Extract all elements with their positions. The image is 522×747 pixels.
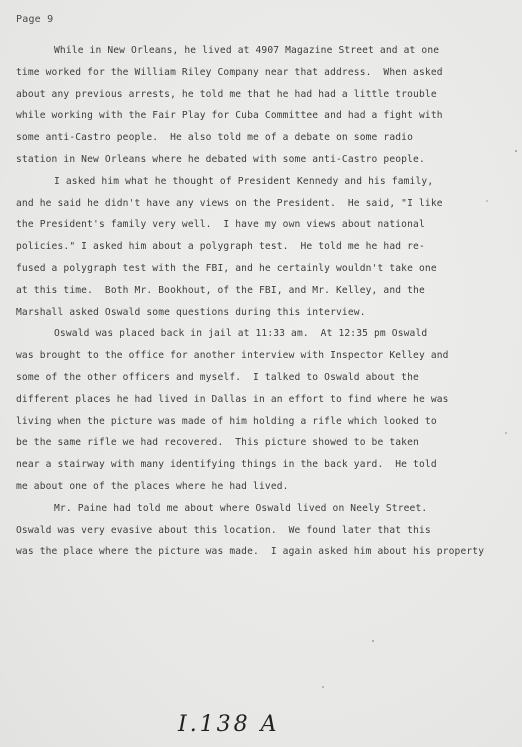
scan-speck xyxy=(372,640,374,642)
scan-speck xyxy=(515,150,517,152)
text-line: While in New Orleans, he lived at 4907 M… xyxy=(16,40,516,62)
paragraph-2: I asked him what he thought of President… xyxy=(16,171,516,324)
paragraph-4: Mr. Paine had told me about where Oswald… xyxy=(16,498,516,563)
text-line: different places he had lived in Dallas … xyxy=(16,389,516,411)
text-line: be the same rifle we had recovered. This… xyxy=(16,432,516,454)
text-line: I asked him what he thought of President… xyxy=(16,171,516,193)
scan-speck xyxy=(486,200,488,202)
text-line: some anti-Castro people. He also told me… xyxy=(16,127,516,149)
text-line: was the place where the picture was made… xyxy=(16,541,516,563)
text-line: Oswald was very evasive about this locat… xyxy=(16,520,516,542)
text-line: station in New Orleans where he debated … xyxy=(16,149,516,171)
text-line: policies." I asked him about a polygraph… xyxy=(16,236,516,258)
text-line: while working with the Fair Play for Cub… xyxy=(16,105,516,127)
text-line: Marshall asked Oswald some questions dur… xyxy=(16,302,516,324)
page-number: Page 9 xyxy=(16,14,53,25)
paragraph-3: Oswald was placed back in jail at 11:33 … xyxy=(16,323,516,497)
text-line: some of the other officers and myself. I… xyxy=(16,367,516,389)
text-line: me about one of the places where he had … xyxy=(16,476,516,498)
text-line: Oswald was placed back in jail at 11:33 … xyxy=(16,323,516,345)
document-page: Page 9 While in New Orleans, he lived at… xyxy=(0,0,522,747)
text-line: fused a polygraph test with the FBI, and… xyxy=(16,258,516,280)
text-line: living when the picture was made of him … xyxy=(16,411,516,433)
text-line: time worked for the William Riley Compan… xyxy=(16,62,516,84)
document-body: While in New Orleans, he lived at 4907 M… xyxy=(16,40,516,563)
text-line: about any previous arrests, he told me t… xyxy=(16,84,516,106)
text-line: Mr. Paine had told me about where Oswald… xyxy=(16,498,516,520)
handwritten-exhibit-number: I.138 A xyxy=(178,712,280,737)
text-line: and he said he didn't have any views on … xyxy=(16,193,516,215)
scan-speck xyxy=(322,686,324,688)
text-line: near a stairway with many identifying th… xyxy=(16,454,516,476)
text-line: the President's family very well. I have… xyxy=(16,214,516,236)
text-line: at this time. Both Mr. Bookhout, of the … xyxy=(16,280,516,302)
text-line: was brought to the office for another in… xyxy=(16,345,516,367)
scan-speck xyxy=(505,432,507,434)
paragraph-1: While in New Orleans, he lived at 4907 M… xyxy=(16,40,516,171)
